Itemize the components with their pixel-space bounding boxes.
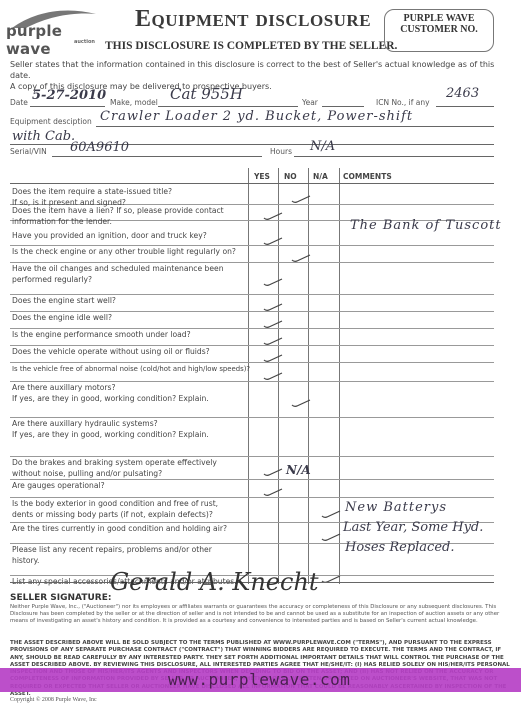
table-row-question: Is the check engine or any other trouble… — [12, 247, 236, 258]
body-na-mark: N/A — [286, 463, 311, 477]
seller-signature[interactable]: Gerald A. Knecht — [110, 568, 319, 596]
repairs-comment-line-3[interactable]: Hoses Replaced. — [345, 540, 454, 555]
disclaimer-text: Neither Purple Wave, Inc., ("Auctioneer"… — [10, 604, 515, 624]
table-row-question: Have the oil changes and scheduled maint… — [12, 264, 224, 285]
checkmark-icon[interactable] — [290, 189, 312, 199]
make-model-field[interactable]: Cat 955H — [170, 85, 243, 103]
checkmark-icon[interactable] — [262, 297, 284, 307]
header-yes: YES — [254, 172, 270, 181]
copyright-text: Copyright © 2008 Purple Wave, Inc — [10, 697, 97, 703]
equipment-description-label: Equipment desciption — [10, 117, 92, 126]
equipment-description-line-2[interactable]: with Cab. — [12, 129, 75, 144]
lien-comment[interactable]: The Bank of Tuscott — [350, 218, 502, 233]
make-model-label: Make, model — [110, 98, 158, 107]
checkmark-icon[interactable] — [320, 569, 342, 579]
table-row-question: Does the engine idle well? — [12, 313, 112, 324]
table-row-question: Does the engine start well? — [12, 296, 116, 307]
checkmark-icon[interactable] — [290, 248, 312, 258]
repairs-comment-line-2[interactable]: Last Year, Some Hyd. — [343, 520, 483, 535]
checkmark-icon[interactable] — [262, 366, 284, 376]
table-row-question: Are gauges operational? — [12, 481, 105, 492]
customer-box-label-2: CUSTOMER NO. — [385, 24, 493, 35]
customer-number-box[interactable]: PURPLE WAVE CUSTOMER NO. — [384, 9, 494, 52]
hours-field[interactable]: N/A — [310, 139, 335, 154]
date-label: Date — [10, 98, 28, 107]
checkmark-icon[interactable] — [262, 206, 284, 216]
page-title: Equipment disclosure — [135, 6, 371, 33]
table-row-question: Is the engine performance smooth under l… — [12, 330, 191, 341]
checkmark-icon[interactable] — [320, 504, 342, 514]
checkmark-icon[interactable] — [290, 393, 312, 403]
table-row-question: Do the brakes and braking system operate… — [12, 458, 217, 479]
header-no: NO — [284, 172, 297, 181]
header-comments: COMMENTS — [343, 172, 392, 181]
checkmark-icon[interactable] — [320, 527, 342, 537]
checkmark-icon[interactable] — [262, 462, 284, 472]
icn-field[interactable]: 2463 — [446, 86, 479, 101]
table-row-question: Have you provided an ignition, door and … — [12, 231, 207, 242]
icn-label: ICN No., if any — [376, 98, 430, 107]
table-row-question: Are there auxillary hydraulic systems?If… — [12, 419, 209, 440]
logo-subtext: auction — [74, 39, 95, 45]
serial-field[interactable]: 60A9610 — [70, 140, 129, 155]
hours-label: Hours — [270, 147, 292, 156]
year-label: Year — [302, 98, 318, 107]
equipment-description-field[interactable]: Crawler Loader 2 yd. Bucket, Power-shift — [100, 109, 413, 124]
serial-label: Serial/VIN — [10, 147, 47, 156]
intro-line-1: Seller states that the information conta… — [10, 59, 515, 81]
checkmark-icon[interactable] — [262, 231, 284, 241]
checkmark-icon[interactable] — [262, 314, 284, 324]
page-subtitle: THIS DISCLOSURE IS COMPLETED BY THE SELL… — [105, 40, 397, 52]
seller-signature-label: SELLER SIGNATURE: — [10, 593, 111, 603]
repairs-comment-line-1[interactable]: New Batterys — [345, 500, 447, 515]
checkmark-icon[interactable] — [262, 348, 284, 358]
checkmark-icon[interactable] — [262, 272, 284, 282]
checkmark-icon[interactable] — [262, 331, 284, 341]
table-row-question: Please list any recent repairs, problems… — [12, 545, 212, 566]
purple-wave-logo: purple wave auction — [4, 6, 104, 46]
table-row-question: Does the vehicle operate without using o… — [12, 347, 210, 358]
table-row-question: Are the tires currently in good conditio… — [12, 524, 227, 535]
header-na: N/A — [313, 172, 328, 181]
customer-box-label-1: PURPLE WAVE — [385, 13, 493, 24]
table-row-question: Are there auxillary motors?If yes, are t… — [12, 383, 209, 404]
table-row-question: Does the item require a state-issued tit… — [12, 187, 172, 208]
table-row-question: Is the body exterior in good condition a… — [12, 499, 218, 520]
table-row-question: Is the vehicle free of abnormal noise (c… — [12, 364, 250, 375]
watermark-url: www.purplewave.com — [168, 670, 350, 689]
checkmark-icon[interactable] — [262, 482, 284, 492]
table-row-question: Does the item have a lien? If so, please… — [12, 206, 224, 227]
date-field[interactable]: 5-27-2010 — [32, 88, 106, 103]
